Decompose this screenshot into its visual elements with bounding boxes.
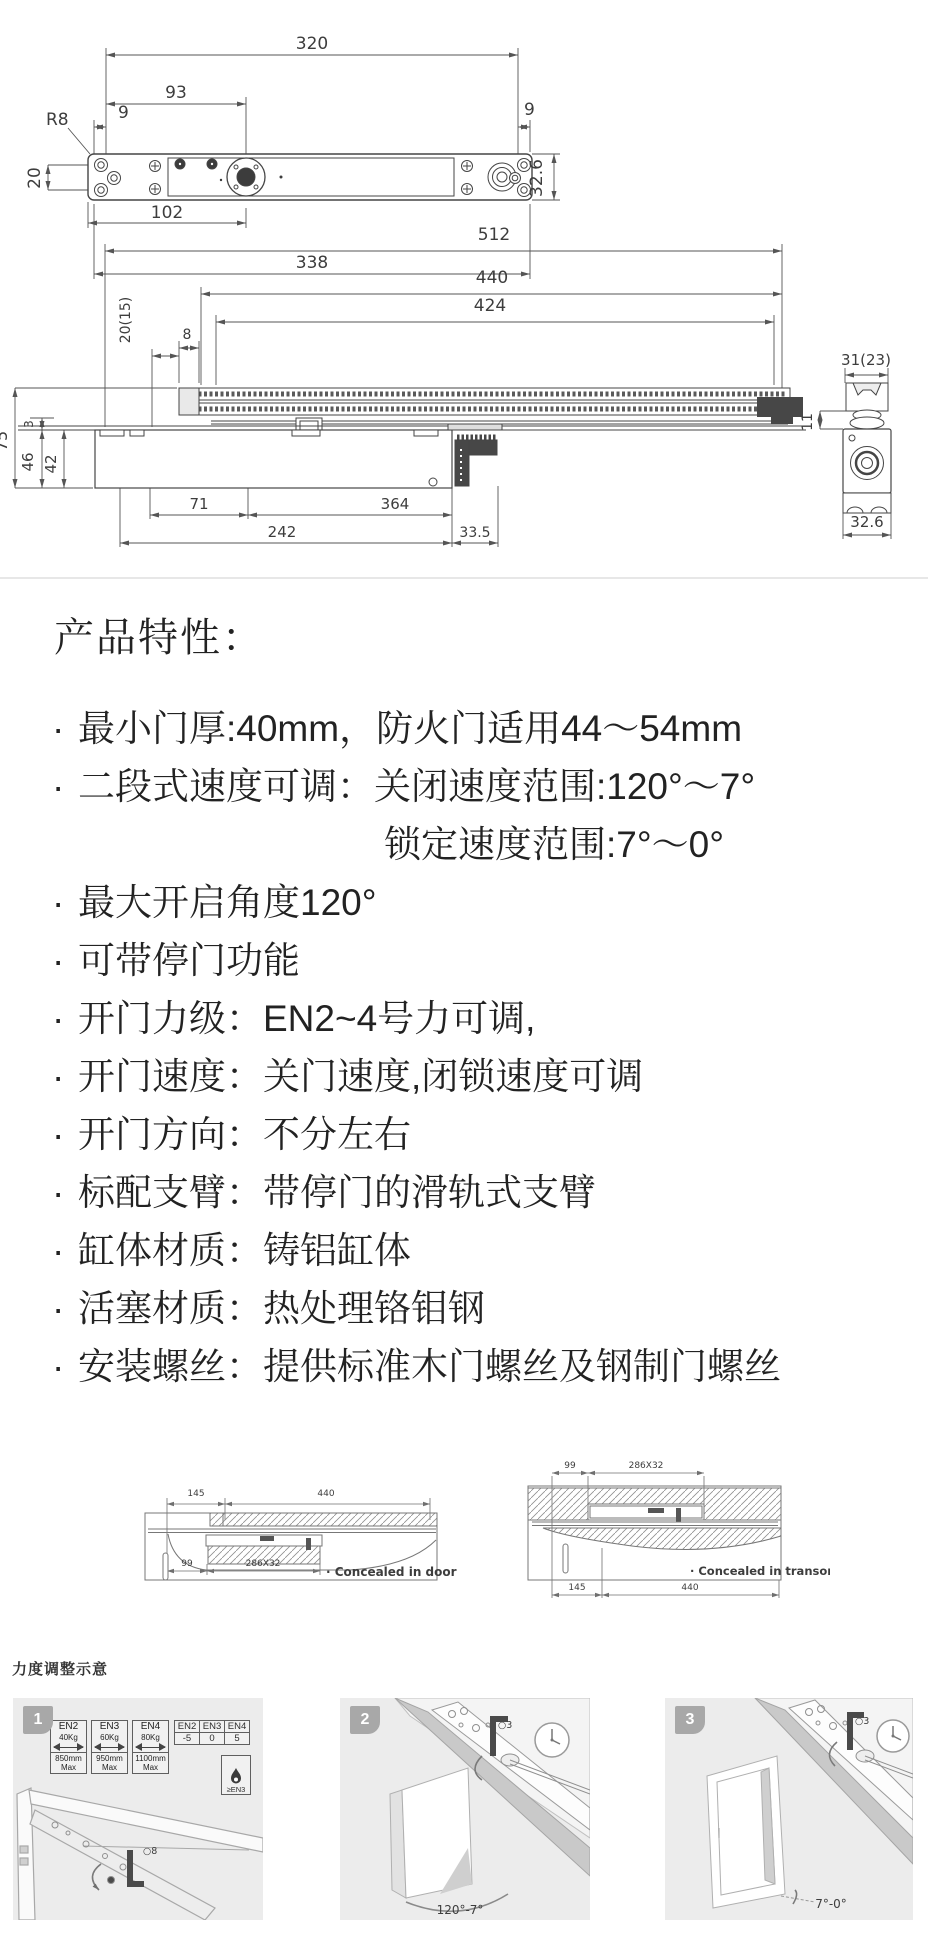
feature-item: ·开门速度：关门速度,闭锁速度可调 <box>52 1048 882 1106</box>
feature-item: ·二段式速度可调：关闭速度范围:120°～7° 锁定速度范围:7°～0° <box>52 758 882 874</box>
en-weight: 40Kg <box>51 1733 86 1742</box>
dim-71: 71 <box>189 495 208 513</box>
feature-text: 标配支臂：带停门的滑轨式支臂 <box>78 1172 596 1213</box>
dim-20: 20 <box>25 167 45 189</box>
dim-33-5: 33.5 <box>459 525 490 541</box>
bullet-icon: · <box>52 700 78 758</box>
panel-number-badge: 3 <box>675 1706 705 1734</box>
end-view-drawing: 31(23) 11 32.6 <box>800 351 891 539</box>
dim-r8: R8 <box>46 110 69 130</box>
angle-range-label: 7°-0° <box>815 1897 847 1911</box>
fire-rating-box: ≥EN3 <box>221 1755 251 1795</box>
table-header-cell: EN4 <box>225 1721 250 1733</box>
force-panel-1: 1 EN2 40Kg 850mmMax EN3 60Kg 950mmMax EN… <box>13 1698 263 1920</box>
section-divider <box>0 577 928 579</box>
bullet-icon: · <box>52 1048 78 1106</box>
dim-440: 440 <box>476 268 508 288</box>
dim-32-6: 32.6 <box>527 159 547 197</box>
feature-item: ·最大开启角度120° <box>52 874 882 932</box>
pinion <box>227 158 265 196</box>
bullet-icon: · <box>52 932 78 990</box>
en-width: 950mm <box>92 1754 127 1763</box>
en-class: EN3 <box>92 1721 127 1733</box>
feature-text: 最大开启角度120° <box>78 882 377 923</box>
table-header-cell: EN3 <box>200 1721 225 1733</box>
angle-range-label: 120°-7° <box>437 1903 484 1917</box>
dim-102: 102 <box>151 203 183 223</box>
en-rating-boxes: EN2 40Kg 850mmMax EN3 60Kg 950mmMax EN4 … <box>50 1720 169 1774</box>
concealed-in-door-diagram: 145 440 99 286X32 · Concealed in door <box>110 1460 470 1618</box>
rotate-arrow-icon <box>92 1864 101 1890</box>
table-value-cell: -5 <box>175 1733 200 1745</box>
feature-text: 开门力级：EN2~4号力可调, <box>78 998 535 1039</box>
dim-8: 8 <box>183 327 192 343</box>
features-list: ·最小门厚:40mm，防火门适用44～54mm ·二段式速度可调：关闭速度范围:… <box>52 700 882 1396</box>
dim-440: 440 <box>681 1583 698 1593</box>
feature-item: ·安装螺丝：提供标准木门螺丝及钢制门螺丝 <box>52 1338 882 1396</box>
door-frame-and-leaf <box>707 1756 785 1908</box>
clock-icon <box>877 1720 909 1752</box>
double-arrow-icon <box>94 1743 125 1751</box>
feature-item: ·开门力级：EN2~4号力可调, <box>52 990 882 1048</box>
slide-rail <box>179 388 803 424</box>
dim-286x32: 286X32 <box>246 1559 281 1569</box>
door-close-arrow <box>793 1890 797 1904</box>
fire-icon <box>228 1767 244 1785</box>
bullet-icon: · <box>52 1222 78 1280</box>
concealed-in-transom-diagram: 99 286X32 145 440 · Concealed in transom <box>468 1428 830 1618</box>
feature-text: 缸体材质：铸铝缸体 <box>78 1230 411 1271</box>
dim-31-23: 31(23) <box>841 351 891 369</box>
bullet-icon: · <box>52 874 78 932</box>
dim-424: 424 <box>474 296 506 316</box>
dim-145: 145 <box>568 1583 585 1593</box>
feature-text-line2: 锁定速度范围:7°～0° <box>52 816 882 874</box>
feature-item: ·最小门厚:40mm，防火门适用44～54mm <box>52 700 882 758</box>
en-class: EN2 <box>51 1721 86 1733</box>
en-max: Max <box>133 1763 168 1772</box>
bullet-icon: · <box>52 1106 78 1164</box>
rack-bracket <box>455 437 497 486</box>
dim-3: 3 <box>22 420 36 428</box>
bullet-icon: · <box>52 1338 78 1396</box>
feature-text: 开门方向：不分左右 <box>78 1114 411 1155</box>
en-adjustment-table: EN2 EN3 EN4 -5 0 5 <box>174 1720 250 1745</box>
en-width: 1100mm <box>133 1754 168 1763</box>
panel-number-badge: 1 <box>23 1706 53 1734</box>
en3-box: EN3 60Kg 950mmMax <box>91 1720 128 1774</box>
en4-box: EN4 80Kg 1100mmMax <box>132 1720 169 1774</box>
dim-46: 46 <box>19 452 37 471</box>
dim-440: 440 <box>317 1489 334 1499</box>
bullet-icon: · <box>52 1164 78 1222</box>
panel3-door-art: 7°-0° ○3 <box>665 1698 913 1920</box>
phillips-screw-icon <box>150 161 161 172</box>
feature-text: 可带停门功能 <box>78 940 300 981</box>
feature-text: 二段式速度可调：关闭速度范围:120°～7° <box>78 766 755 807</box>
hex-size-label: ○8 <box>143 1846 157 1857</box>
side-view-drawing: 512 440 424 8 20(15) 75 3 46 42 71 364 2… <box>0 225 928 577</box>
en-max: Max <box>92 1763 127 1772</box>
dim-320: 320 <box>296 34 328 54</box>
caption-concealed-in-door: · Concealed in door <box>326 1565 457 1579</box>
en2-box: EN2 40Kg 850mmMax <box>50 1720 87 1774</box>
dim-32-6-end: 32.6 <box>850 513 883 531</box>
dim-99: 99 <box>181 1559 193 1569</box>
double-arrow-icon <box>53 1743 84 1751</box>
bullet-icon: · <box>52 758 78 816</box>
dim-99: 99 <box>564 1461 576 1471</box>
en-class: EN4 <box>133 1721 168 1733</box>
dim-512: 512 <box>478 225 510 245</box>
dim-286x32: 286X32 <box>629 1461 664 1471</box>
bullet-icon: · <box>52 1280 78 1338</box>
closer-body-side-view <box>95 424 502 488</box>
table-header-cell: EN2 <box>175 1721 200 1733</box>
en-weight: 80Kg <box>133 1733 168 1742</box>
en-max: Max <box>51 1763 86 1772</box>
clock-icon <box>535 1723 569 1757</box>
dim-242: 242 <box>268 523 297 541</box>
feature-text: 开门速度：关门速度,闭锁速度可调 <box>78 1056 643 1097</box>
feature-item: ·缸体材质：铸铝缸体 <box>52 1222 882 1280</box>
phillips-screw-icon <box>462 161 473 172</box>
feature-item: ·可带停门功能 <box>52 932 882 990</box>
feature-text: 最小门厚:40mm，防火门适用44～54mm <box>78 708 742 749</box>
feature-text: 活塞材质：热处理铬钼钢 <box>78 1288 485 1329</box>
en-weight: 60Kg <box>92 1733 127 1742</box>
dim-75: 75 <box>0 431 11 451</box>
product-spec-page: 320 93 9 R8 20 102 338 9 32.6 <box>0 0 928 1934</box>
double-arrow-icon <box>135 1743 166 1751</box>
panel2-door-art: ○3 120°-7° <box>340 1698 590 1920</box>
closer-body-top-view <box>88 154 532 200</box>
feature-text: 安装螺丝：提供标准木门螺丝及钢制门螺丝 <box>78 1346 781 1387</box>
dim-9-right: 9 <box>524 100 535 120</box>
panel-number-badge: 2 <box>350 1706 380 1734</box>
bullet-icon: · <box>52 990 78 1048</box>
phillips-screw-icon <box>150 184 161 195</box>
fire-rating-label: ≥EN3 <box>227 1785 246 1794</box>
phillips-screw-icon <box>462 184 473 195</box>
hex-size-label: ○3 <box>498 1720 512 1731</box>
table-value-cell: 5 <box>225 1733 250 1745</box>
table-value-cell: 0 <box>200 1733 225 1745</box>
feature-item: ·活塞材质：热处理铬钼钢 <box>52 1280 882 1338</box>
dim-9-left: 9 <box>118 103 129 123</box>
feature-item: ·标配支臂：带停门的滑轨式支臂 <box>52 1164 882 1222</box>
door-leaf <box>390 1768 472 1898</box>
features-title: 产品特性： <box>54 606 264 663</box>
force-adjustment-title: 力度调整示意 <box>12 1658 108 1679</box>
feature-item: ·开门方向：不分左右 <box>52 1106 882 1164</box>
dim-364: 364 <box>381 495 410 513</box>
dim-93: 93 <box>165 83 187 103</box>
dim-42: 42 <box>42 454 60 473</box>
dim-11: 11 <box>800 413 816 431</box>
force-panel-3: 3 <box>665 1698 913 1920</box>
en-width: 850mm <box>51 1754 86 1763</box>
caption-concealed-in-transom: · Concealed in transom <box>690 1564 830 1578</box>
dim-20-15: 20(15) <box>118 297 134 344</box>
force-panel-2: 2 <box>340 1698 590 1920</box>
dim-145: 145 <box>187 1489 204 1499</box>
hex-size-label: ○3 <box>855 1716 869 1727</box>
